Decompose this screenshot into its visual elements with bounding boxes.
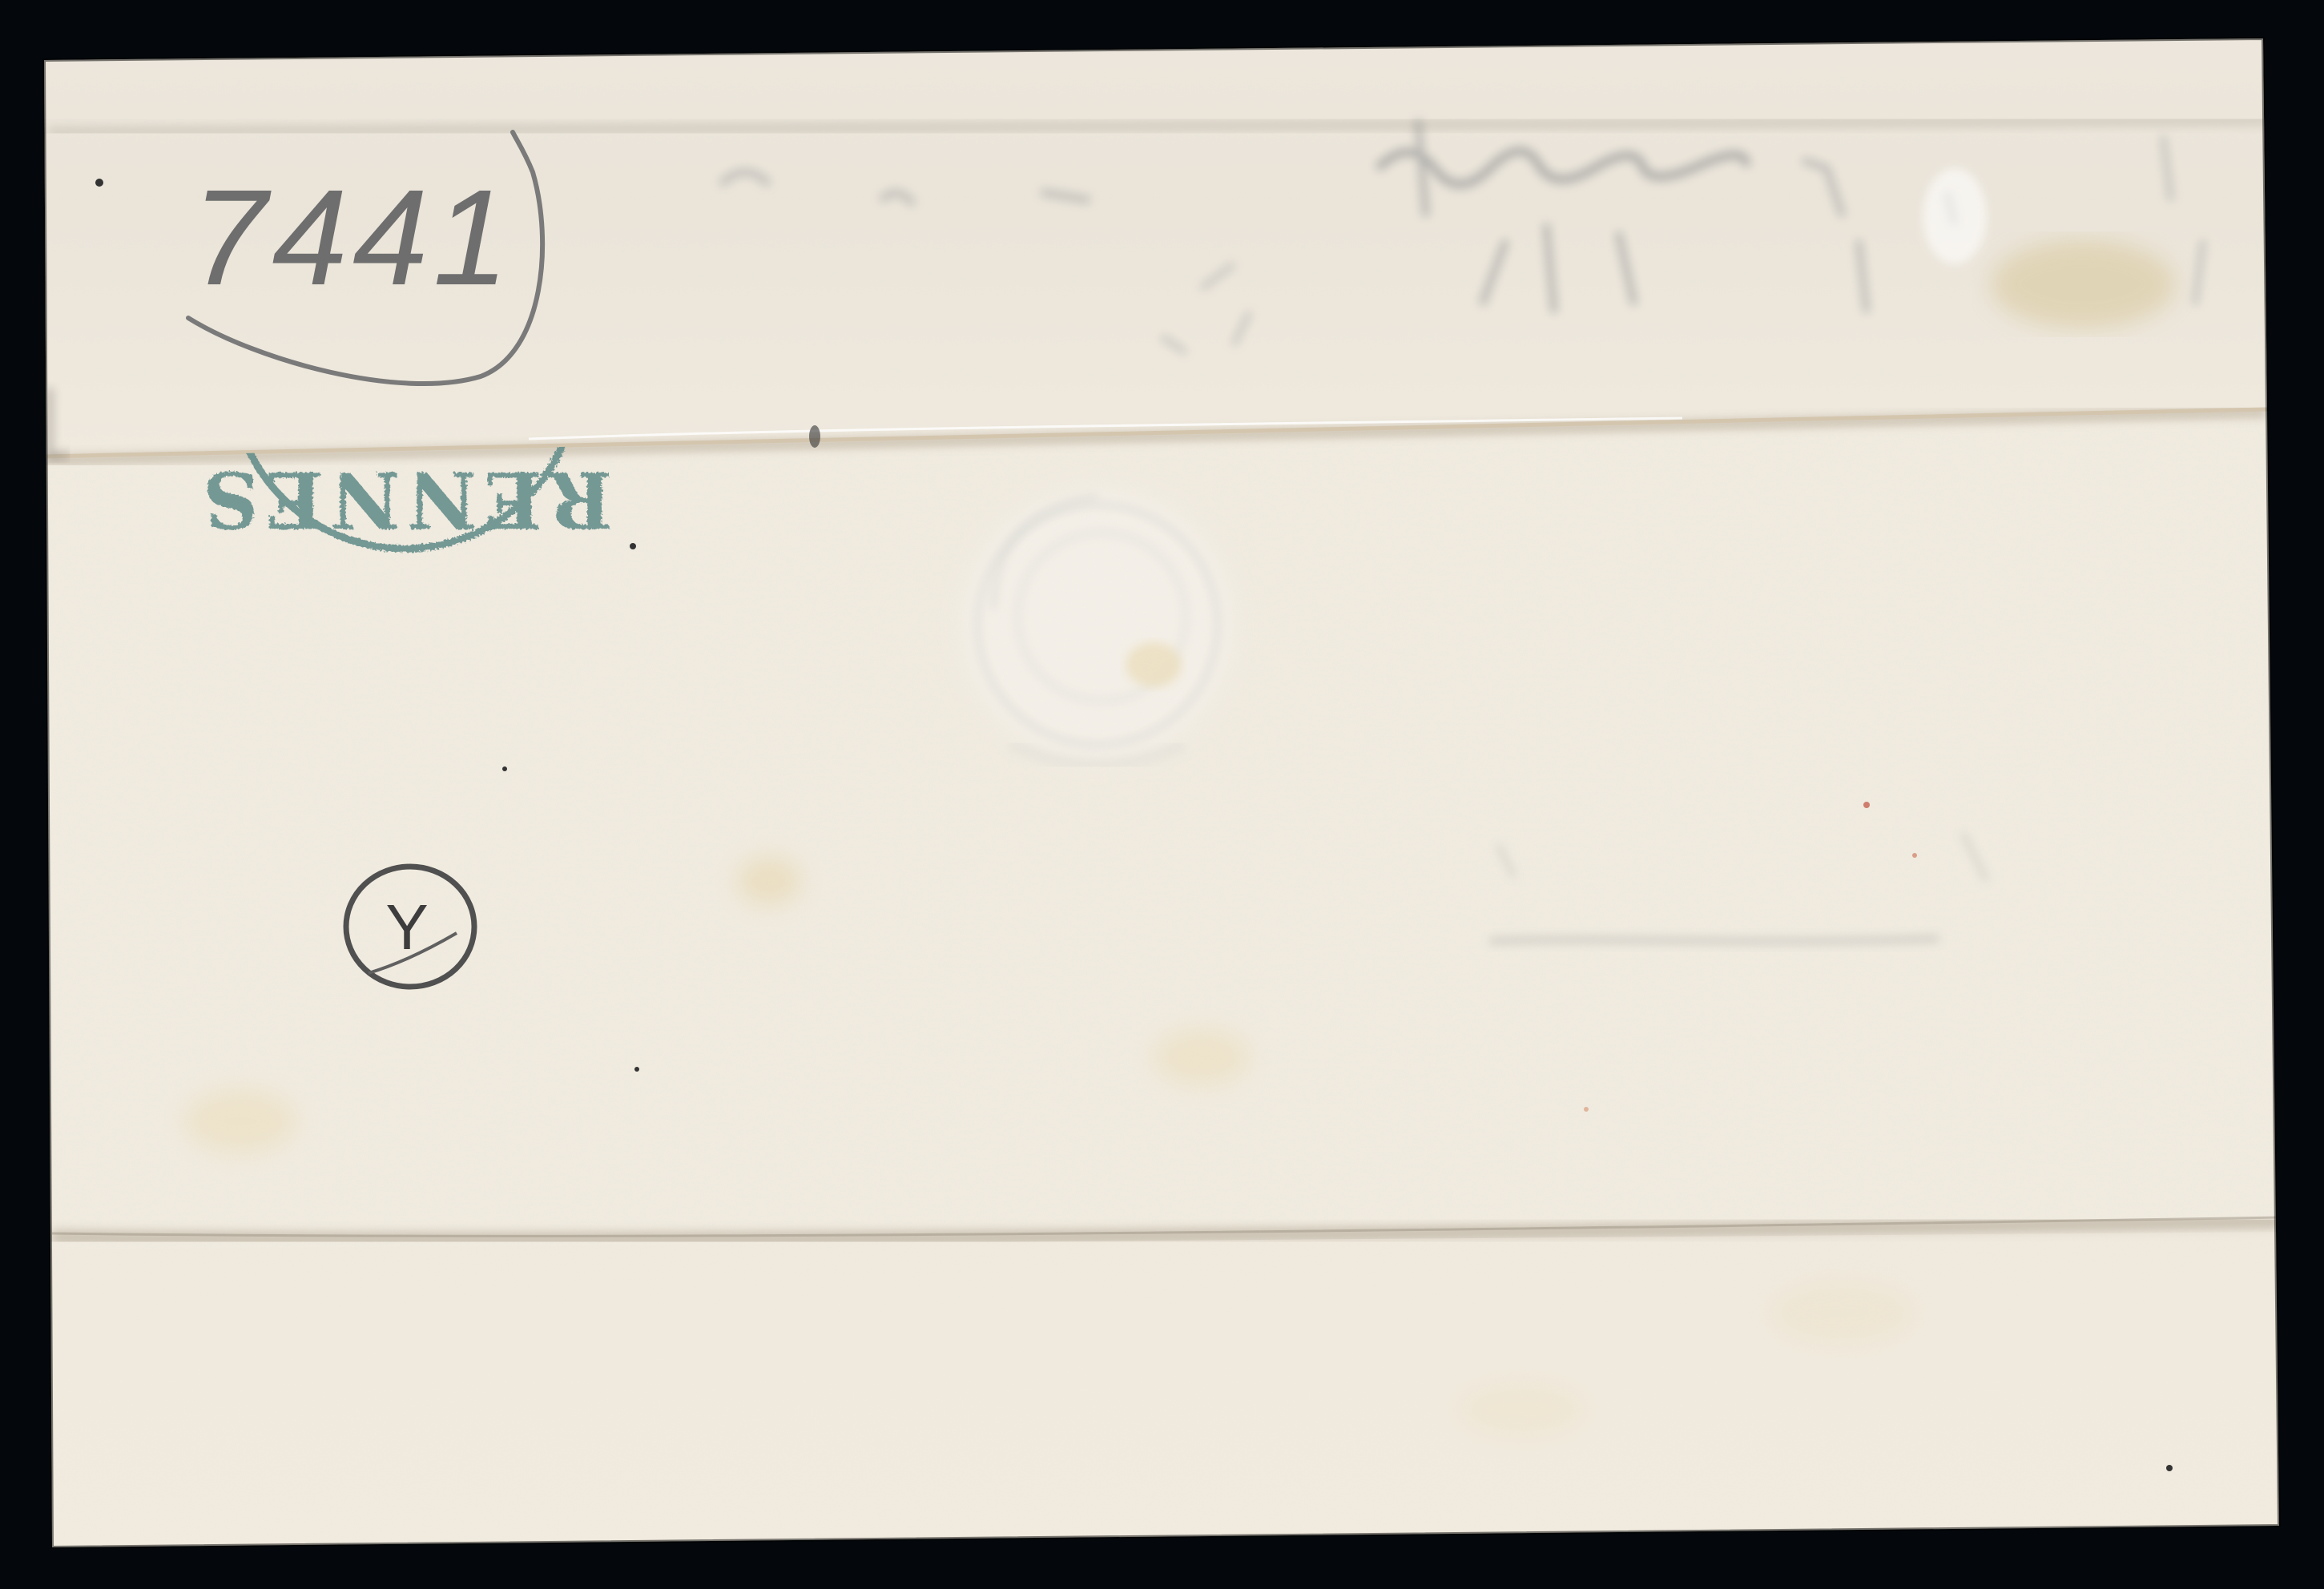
postmark-text: RENNES	[197, 454, 613, 545]
stain	[1991, 240, 2175, 328]
cover-canvas: RENNES	[0, 0, 2324, 1589]
circled-mark-text: Y	[385, 891, 428, 963]
cover-photo: RENNES	[0, 0, 2324, 1589]
bottom-band	[32, 1232, 2291, 1570]
pencil-number-text: 7441	[191, 162, 514, 314]
